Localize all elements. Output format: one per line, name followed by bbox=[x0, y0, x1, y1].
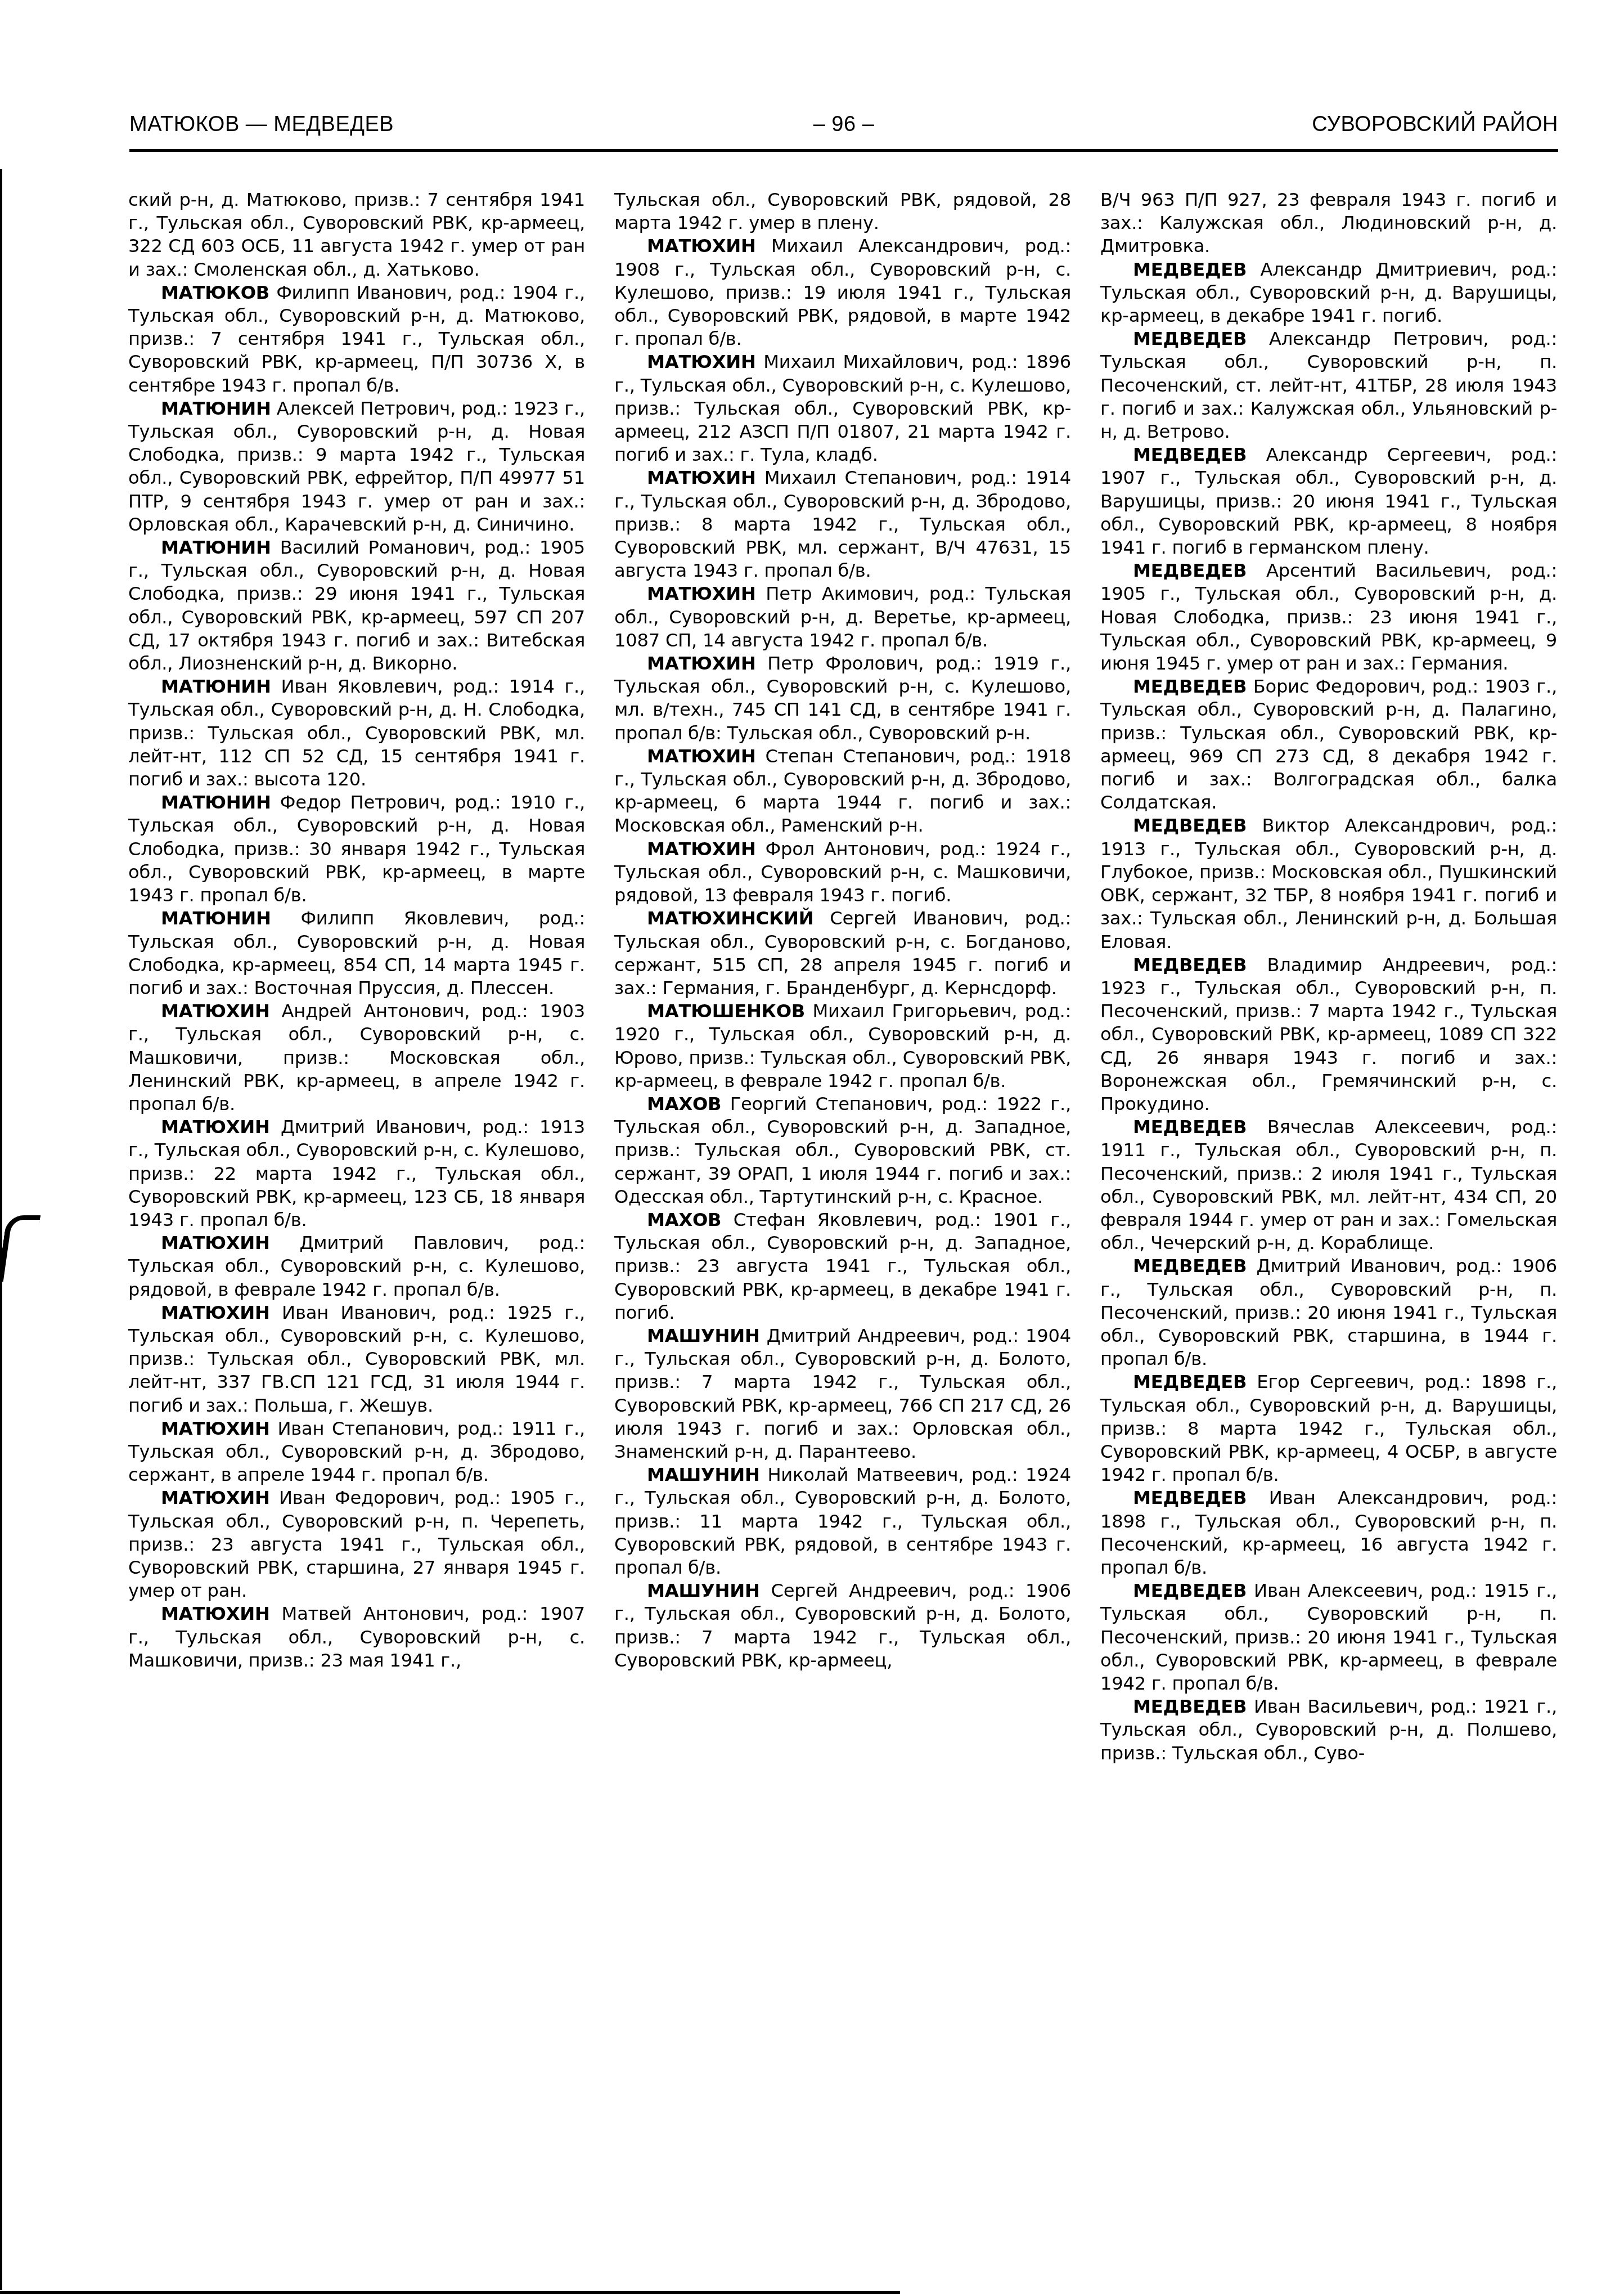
scan-border-bottom bbox=[0, 2291, 900, 2294]
memorial-entry: МАТЮНИН Филипп Яковлевич, род.: Тульская… bbox=[128, 907, 585, 1000]
memorial-entry: МАТЮХИН Матвей Антонович, род.: 1907 г.,… bbox=[128, 1602, 585, 1672]
memorial-entry: МАХОВ Стефан Яковлевич, род.: 1901 г., Т… bbox=[614, 1209, 1071, 1324]
memorial-entry: МАТЮХИН Петр Акимович, род.: Тульская об… bbox=[614, 582, 1071, 652]
entry-surname: МАТЮХИН bbox=[647, 583, 756, 604]
column-1: ский р-н, д. Матюково, призв.: 7 сентябр… bbox=[128, 188, 585, 2107]
memorial-entry: МАТЮНИН Алексей Петрович, род.: 1923 г.,… bbox=[128, 397, 585, 536]
entry-surname: МАТЮХИН bbox=[161, 1232, 270, 1254]
memorial-entry-continuation: Тульская обл., Суворовский РВК, рядовой,… bbox=[614, 188, 1071, 235]
memorial-entry: МАТЮХИН Степан Степанович, род.: 1918 г.… bbox=[614, 745, 1071, 838]
memorial-entry: МЕДВЕДЕВ Александр Петрович, род.: Тульс… bbox=[1100, 327, 1557, 443]
memorial-entry: МАТЮХИН Михаил Михайлович, род.: 1896 г.… bbox=[614, 351, 1071, 466]
entry-surname: МЕДВЕДЕВ bbox=[1133, 1580, 1247, 1601]
memorial-entry: МАТЮХИН Фрол Антонович, род.: 1924 г., Т… bbox=[614, 838, 1071, 908]
memorial-entry: МАШУНИН Дмитрий Андреевич, род.: 1904 г.… bbox=[614, 1324, 1071, 1463]
memorial-entry: МЕДВЕДЕВ Виктор Александрович, род.: 191… bbox=[1100, 814, 1557, 953]
column-3: В/Ч 963 П/П 927, 23 февраля 1943 г. поги… bbox=[1100, 188, 1557, 2107]
entry-surname: МАТЮХИН bbox=[161, 1302, 270, 1323]
entry-surname: МАТЮНИН bbox=[161, 792, 271, 813]
entry-surname: МЕДВЕДЕВ bbox=[1133, 1487, 1247, 1508]
entry-surname: МАТЮХИН bbox=[161, 1116, 270, 1138]
entry-surname: МАТЮНИН bbox=[161, 537, 271, 558]
entry-surname: МЕДВЕДЕВ bbox=[1133, 1255, 1247, 1277]
entry-surname: МЕДВЕДЕВ bbox=[1133, 954, 1247, 976]
entry-surname: МАТЮНИН bbox=[161, 398, 271, 419]
scan-artifact-mark bbox=[0, 1215, 41, 1282]
memorial-entry: МЕДВЕДЕВ Владимир Андреевич, род.: 1923 … bbox=[1100, 954, 1557, 1116]
memorial-entry: МАТЮХИН Михаил Степанович, род.: 1914 г.… bbox=[614, 466, 1071, 582]
entry-surname: МАТЮХИН bbox=[647, 653, 756, 674]
entry-text: Владимир Андреевич, род.: 1923 г., Тульс… bbox=[1100, 954, 1557, 1115]
memorial-entry: МАХОВ Георгий Степанович, род.: 1922 г.,… bbox=[614, 1093, 1071, 1209]
memorial-entry-continuation: ский р-н, д. Матюково, призв.: 7 сентябр… bbox=[128, 188, 585, 281]
memorial-entry: МАТЮХИН Иван Иванович, род.: 1925 г., Ту… bbox=[128, 1301, 585, 1417]
entry-surname: МАХОВ bbox=[647, 1209, 721, 1230]
entry-surname: МАТЮХИН bbox=[161, 1487, 270, 1508]
memorial-entry: МЕДВЕДЕВ Дмитрий Иванович, род.: 1906 г.… bbox=[1100, 1255, 1557, 1371]
entry-surname: МЕДВЕДЕВ bbox=[1133, 328, 1247, 349]
memorial-entry: МАТЮХИН Дмитрий Иванович, род.: 1913 г.,… bbox=[128, 1116, 585, 1232]
entry-surname: МАТЮХИН bbox=[161, 1000, 270, 1022]
memorial-entry: МАТЮХИН Михаил Александрович, род.: 1908… bbox=[614, 235, 1071, 351]
entry-surname: МАТЮНИН bbox=[161, 676, 271, 697]
entry-surname: МЕДВЕДЕВ bbox=[1133, 676, 1247, 697]
memorial-entry: МЕДВЕДЕВ Арсентий Васильевич, род.: 1905… bbox=[1100, 559, 1557, 675]
memorial-entry: МЕДВЕДЕВ Александр Дмитриевич, род.: Тул… bbox=[1100, 258, 1557, 328]
entry-surname: МАТЮХИН bbox=[161, 1603, 270, 1624]
entry-surname: МАХОВ bbox=[647, 1093, 721, 1115]
entry-surname: МАШУНИН bbox=[647, 1580, 760, 1601]
memorial-entry: МАШУНИН Николай Матвеевич, род.: 1924 г.… bbox=[614, 1463, 1071, 1579]
entry-surname: МЕДВЕДЕВ bbox=[1133, 444, 1247, 465]
memorial-entry: МАТЮНИН Федор Петрович, род.: 1910 г., Т… bbox=[128, 791, 585, 907]
running-header: МАТЮКОВ — МЕДВЕДЕВ – 96 – СУВОРОВСКИЙ РА… bbox=[129, 113, 1558, 146]
entry-text: В/Ч 963 П/П 927, 23 февраля 1943 г. поги… bbox=[1100, 189, 1557, 257]
scan-border-left bbox=[0, 169, 2, 2290]
entry-surname: МЕДВЕДЕВ bbox=[1133, 1696, 1247, 1717]
memorial-entry: МЕДВЕДЕВ Вячеслав Алексеевич, род.: 1911… bbox=[1100, 1116, 1557, 1255]
entry-surname: МЕДВЕДЕВ bbox=[1133, 259, 1247, 280]
memorial-entry: МАТЮНИН Василий Романович, род.: 1905 г.… bbox=[128, 536, 585, 675]
header-district: СУВОРОВСКИЙ РАЙОН bbox=[1312, 113, 1558, 137]
entry-surname: МЕДВЕДЕВ bbox=[1133, 560, 1247, 581]
entry-surname: МЕДВЕДЕВ bbox=[1133, 1116, 1247, 1138]
memorial-entry: МАТЮХИН Иван Федорович, род.: 1905 г., Т… bbox=[128, 1486, 585, 1602]
memorial-entry: МАТЮХИН Иван Степанович, род.: 1911 г., … bbox=[128, 1417, 585, 1487]
entry-surname: МАШУНИН bbox=[647, 1325, 760, 1346]
memorial-entry: МЕДВЕДЕВ Иван Алексеевич, род.: 1915 г.,… bbox=[1100, 1579, 1557, 1695]
entry-surname: МАТЮХИН bbox=[647, 467, 756, 488]
entry-surname: МАТЮХИН bbox=[647, 351, 756, 372]
memorial-entry: МАШУНИН Сергей Андреевич, род.: 1906 г.,… bbox=[614, 1579, 1071, 1672]
memorial-entry: МАТЮКОВ Филипп Иванович, род.: 1904 г., … bbox=[128, 281, 585, 397]
entry-surname: МАТЮКОВ bbox=[161, 282, 269, 303]
memorial-entry: МАТЮШЕНКОВ Михаил Григорьевич, род.: 192… bbox=[614, 1000, 1071, 1093]
entry-surname: МЕДВЕДЕВ bbox=[1133, 1371, 1247, 1393]
entry-surname: МЕДВЕДЕВ bbox=[1133, 815, 1247, 836]
memorial-entry: МЕДВЕДЕВ Иван Васильевич, род.: 1921 г.,… bbox=[1100, 1695, 1557, 1765]
entry-surname: МАШУНИН bbox=[647, 1464, 760, 1485]
memorial-entry: МЕДВЕДЕВ Егор Сергеевич, род.: 1898 г., … bbox=[1100, 1371, 1557, 1486]
entry-surname: МАТЮХИНСКИЙ bbox=[647, 908, 813, 929]
column-2: Тульская обл., Суворовский РВК, рядовой,… bbox=[614, 188, 1071, 2107]
entry-surname: МАТЮХИН bbox=[161, 1418, 270, 1439]
memorial-entry-continuation: В/Ч 963 П/П 927, 23 февраля 1943 г. поги… bbox=[1100, 188, 1557, 258]
entry-surname: МАТЮХИН bbox=[647, 838, 756, 860]
memorial-entry: МАТЮНИН Иван Яковлевич, род.: 1914 г., Т… bbox=[128, 675, 585, 791]
entry-surname: МАТЮНИН bbox=[161, 908, 271, 929]
memorial-entry: МАТЮХИН Петр Фролович, род.: 1919 г., Ту… bbox=[614, 652, 1071, 745]
memorial-entry: МЕДВЕДЕВ Иван Александрович, род.: 1898 … bbox=[1100, 1486, 1557, 1579]
entry-surname: МАТЮШЕНКОВ bbox=[647, 1000, 805, 1022]
text-columns: ский р-н, д. Матюково, призв.: 7 сентябр… bbox=[128, 188, 1560, 2107]
entry-surname: МАТЮХИН bbox=[647, 745, 756, 767]
memorial-entry: МАТЮХИН Андрей Антонович, род.: 1903 г.,… bbox=[128, 1000, 585, 1116]
memorial-entry: МЕДВЕДЕВ Борис Федорович, род.: 1903 г.,… bbox=[1100, 675, 1557, 814]
header-rule bbox=[129, 149, 1558, 152]
entry-surname: МАТЮХИН bbox=[647, 235, 756, 257]
memorial-entry: МАТЮХИН Дмитрий Павлович, род.: Тульская… bbox=[128, 1232, 585, 1301]
memorial-entry: МАТЮХИНСКИЙ Сергей Иванович, род.: Тульс… bbox=[614, 907, 1071, 1000]
memorial-entry: МЕДВЕДЕВ Александр Сергеевич, род.: 1907… bbox=[1100, 443, 1557, 559]
entry-text: Тульская обл., Суворовский РВК, рядовой,… bbox=[614, 189, 1071, 233]
entry-text: ский р-н, д. Матюково, призв.: 7 сентябр… bbox=[128, 189, 585, 280]
